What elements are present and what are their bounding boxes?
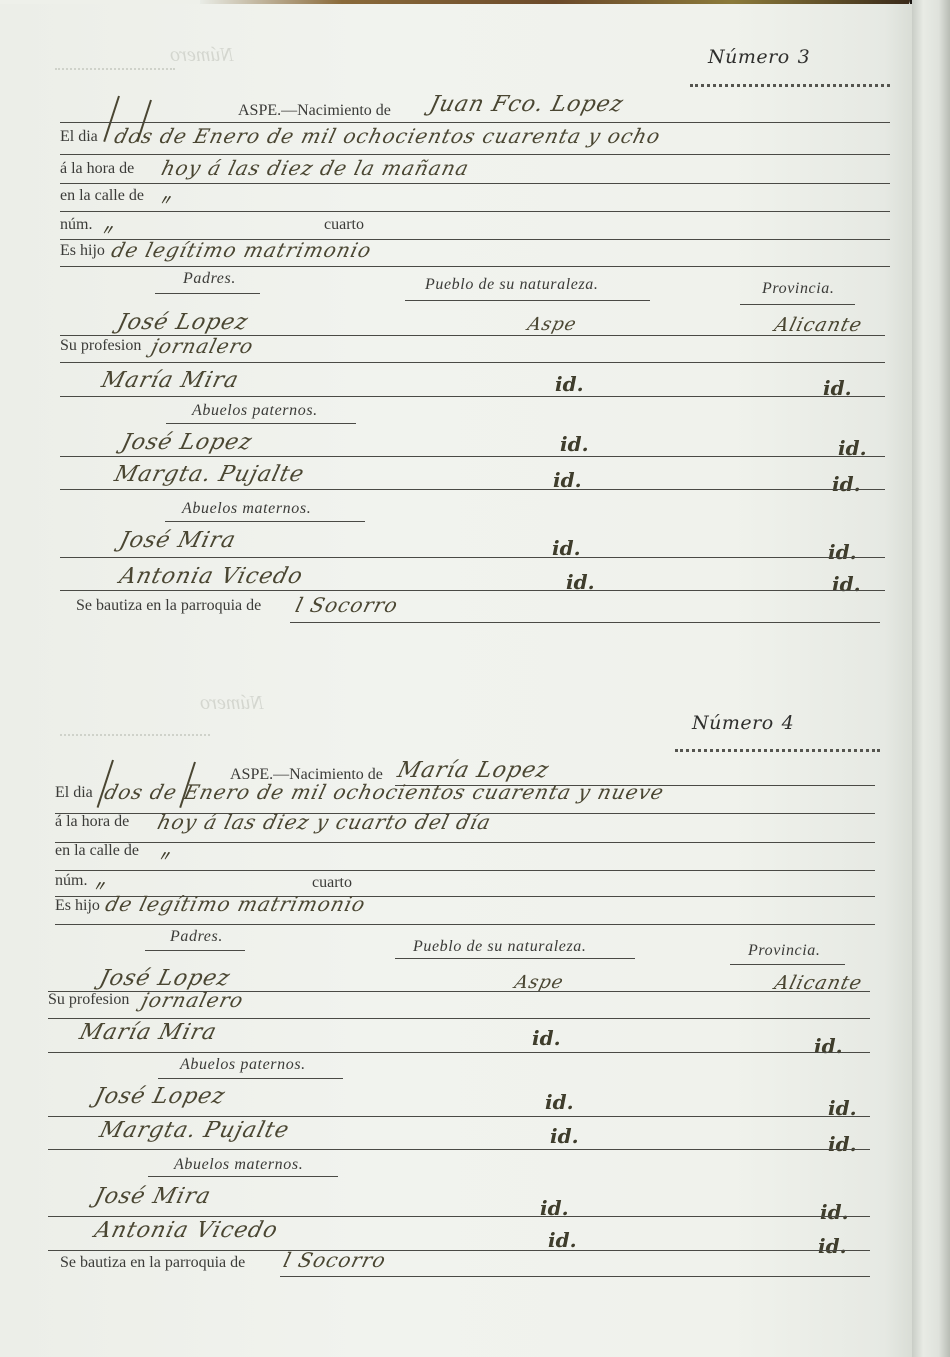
- rule: [405, 300, 650, 301]
- calle-value: 〃: [157, 846, 171, 866]
- rule: [60, 396, 885, 397]
- padre-pueblo: Aspe: [512, 972, 566, 993]
- rule: [395, 958, 635, 959]
- rule: [48, 1018, 870, 1019]
- calle-label: en la calle de: [60, 187, 144, 205]
- rule: [60, 590, 885, 591]
- hora-label: á la hora de: [60, 160, 134, 178]
- bleed-through-rule: [55, 68, 175, 70]
- madre-name: María Mira: [99, 368, 242, 393]
- cuarto-label: cuarto: [324, 216, 364, 234]
- rule: [166, 423, 356, 424]
- bautiza-label: Se bautiza en la parroquia de: [76, 597, 261, 615]
- numero-value: 3: [798, 46, 811, 68]
- header-label: ASPE.—Nacimiento de: [238, 102, 391, 120]
- rule: [55, 870, 875, 871]
- rule: [48, 1052, 870, 1053]
- abuela-paterna-2-name: Margta. Pujalte: [97, 1118, 292, 1143]
- column-provincia: Provincia.: [748, 942, 821, 960]
- profesion-label: Su profesion: [60, 337, 141, 355]
- bautiza-value: l Socorro: [293, 593, 401, 617]
- rule: [60, 557, 885, 558]
- madre-provincia: id.: [814, 1034, 843, 1058]
- rule: [60, 122, 890, 123]
- bleed-through-numero: Número: [170, 44, 234, 67]
- rule: [48, 1216, 870, 1217]
- numero-dotted-rule: [675, 749, 880, 752]
- abuela-materna-2-name: Antonia Vicedo: [92, 1218, 281, 1243]
- rule: [155, 293, 260, 294]
- hora-label: á la hora de: [55, 813, 129, 831]
- book-gutter: [912, 0, 950, 1357]
- entry-number: Número4: [692, 712, 794, 734]
- abuelo-materno-1-provincia: id.: [820, 1200, 849, 1224]
- dia-label: El dia: [55, 784, 93, 802]
- num-label: núm.: [55, 872, 87, 890]
- calle-value: 〃: [158, 190, 172, 210]
- rule: [60, 154, 890, 155]
- abuelo-materno-1-name: José Mira: [117, 528, 239, 553]
- column-padres: Padres.: [170, 928, 223, 946]
- hijo-label: Es hijo: [55, 897, 100, 915]
- abuelo-paterno-1-name: José Lopez: [92, 1084, 228, 1109]
- profesion-label: Su profesion: [48, 991, 129, 1009]
- bleed-through-numero-2: Número: [200, 692, 264, 715]
- profesion-value: jornalero: [139, 988, 246, 1012]
- bautiza-value: l Socorro: [281, 1248, 389, 1272]
- rule: [145, 950, 245, 951]
- padre-pueblo: Aspe: [525, 314, 579, 335]
- cuarto-label: cuarto: [312, 874, 352, 892]
- num-label: núm.: [60, 216, 92, 234]
- abuela-materna-2-name: Antonia Vicedo: [117, 564, 306, 589]
- rule: [158, 1078, 343, 1079]
- rule: [60, 266, 890, 267]
- hijo-label: Es hijo: [60, 242, 105, 260]
- rule: [48, 1250, 870, 1251]
- numero-label: Número: [708, 46, 790, 68]
- numero-value: 4: [782, 712, 795, 734]
- profesion-value: jornalero: [149, 334, 256, 358]
- abuelo-materno-1-name: José Mira: [92, 1184, 214, 1209]
- abuelo-paterno-1-name: José Lopez: [119, 430, 255, 455]
- numero-label: Número: [692, 712, 774, 734]
- madre-pueblo: id.: [555, 372, 584, 396]
- calle-label: en la calle de: [55, 842, 139, 860]
- num-value: 〃: [100, 220, 114, 240]
- hijo-value: de legítimo matrimonio: [109, 238, 374, 262]
- abuelo-paterno-1-pueblo: id.: [560, 432, 589, 456]
- abuela-materna-2-pueblo: id.: [548, 1228, 577, 1252]
- rule: [740, 304, 855, 305]
- rule: [60, 211, 890, 212]
- madre-pueblo: id.: [532, 1026, 561, 1050]
- rule: [60, 456, 885, 457]
- rule: [60, 362, 885, 363]
- abuelo-paterno-1-pueblo: id.: [545, 1090, 574, 1114]
- rule: [290, 622, 880, 623]
- abuela-paterna-2-provincia: id.: [832, 472, 861, 496]
- rule: [60, 183, 890, 184]
- bautiza-label: Se bautiza en la parroquia de: [60, 1254, 245, 1272]
- rule: [165, 521, 365, 522]
- column-padres: Padres.: [183, 270, 236, 288]
- abuelos-paternos-heading: Abuelos paternos.: [180, 1056, 306, 1074]
- rule: [730, 964, 845, 965]
- entry-number: Número3: [708, 46, 810, 68]
- rule: [48, 1116, 870, 1117]
- abuelos-maternos-heading: Abuelos maternos.: [182, 500, 311, 518]
- rule: [48, 1149, 870, 1150]
- rule: [148, 1176, 338, 1177]
- abuela-paterna-2-name: Margta. Pujalte: [112, 462, 307, 487]
- abuelo-materno-1-provincia: id.: [828, 540, 857, 564]
- column-pueblo: Pueblo de su naturaleza.: [413, 938, 587, 956]
- rule: [55, 924, 875, 925]
- dia-value: dos de Enero de mil ochocientos cuarenta…: [112, 124, 663, 148]
- dia-value: dos de Enero de mil ochocientos cuarenta…: [102, 780, 667, 804]
- abuela-paterna-2-provincia: id.: [828, 1132, 857, 1156]
- rule: [280, 1276, 870, 1277]
- abuela-paterna-2-pueblo: id.: [550, 1124, 579, 1148]
- abuela-materna-2-provincia: id.: [818, 1234, 847, 1258]
- column-pueblo: Pueblo de su naturaleza.: [425, 276, 599, 294]
- register-page: Número Número Número3 ASPE.—Nacimiento d…: [0, 4, 912, 1357]
- abuelos-paternos-heading: Abuelos paternos.: [192, 402, 318, 420]
- child-name: Juan Fco. Lopez: [427, 92, 626, 117]
- abuela-materna-2-provincia: id.: [832, 572, 861, 596]
- padre-provincia: Alicante: [772, 314, 864, 336]
- hora-value: hoy á las diez de la mañana: [159, 156, 472, 180]
- num-value: 〃: [92, 876, 106, 896]
- column-provincia: Provincia.: [762, 280, 835, 298]
- hijo-value: de legítimo matrimonio: [103, 892, 368, 916]
- hora-value: hoy á las diez y cuarto del día: [155, 810, 494, 834]
- bleed-through-rule-2: [60, 734, 210, 736]
- dia-label: El dia: [60, 128, 98, 146]
- abuelos-maternos-heading: Abuelos maternos.: [174, 1156, 303, 1174]
- rule: [60, 489, 885, 490]
- padre-name: José Lopez: [115, 310, 251, 335]
- madre-name: María Mira: [77, 1020, 220, 1045]
- numero-dotted-rule: [690, 84, 890, 87]
- rule: [55, 842, 875, 843]
